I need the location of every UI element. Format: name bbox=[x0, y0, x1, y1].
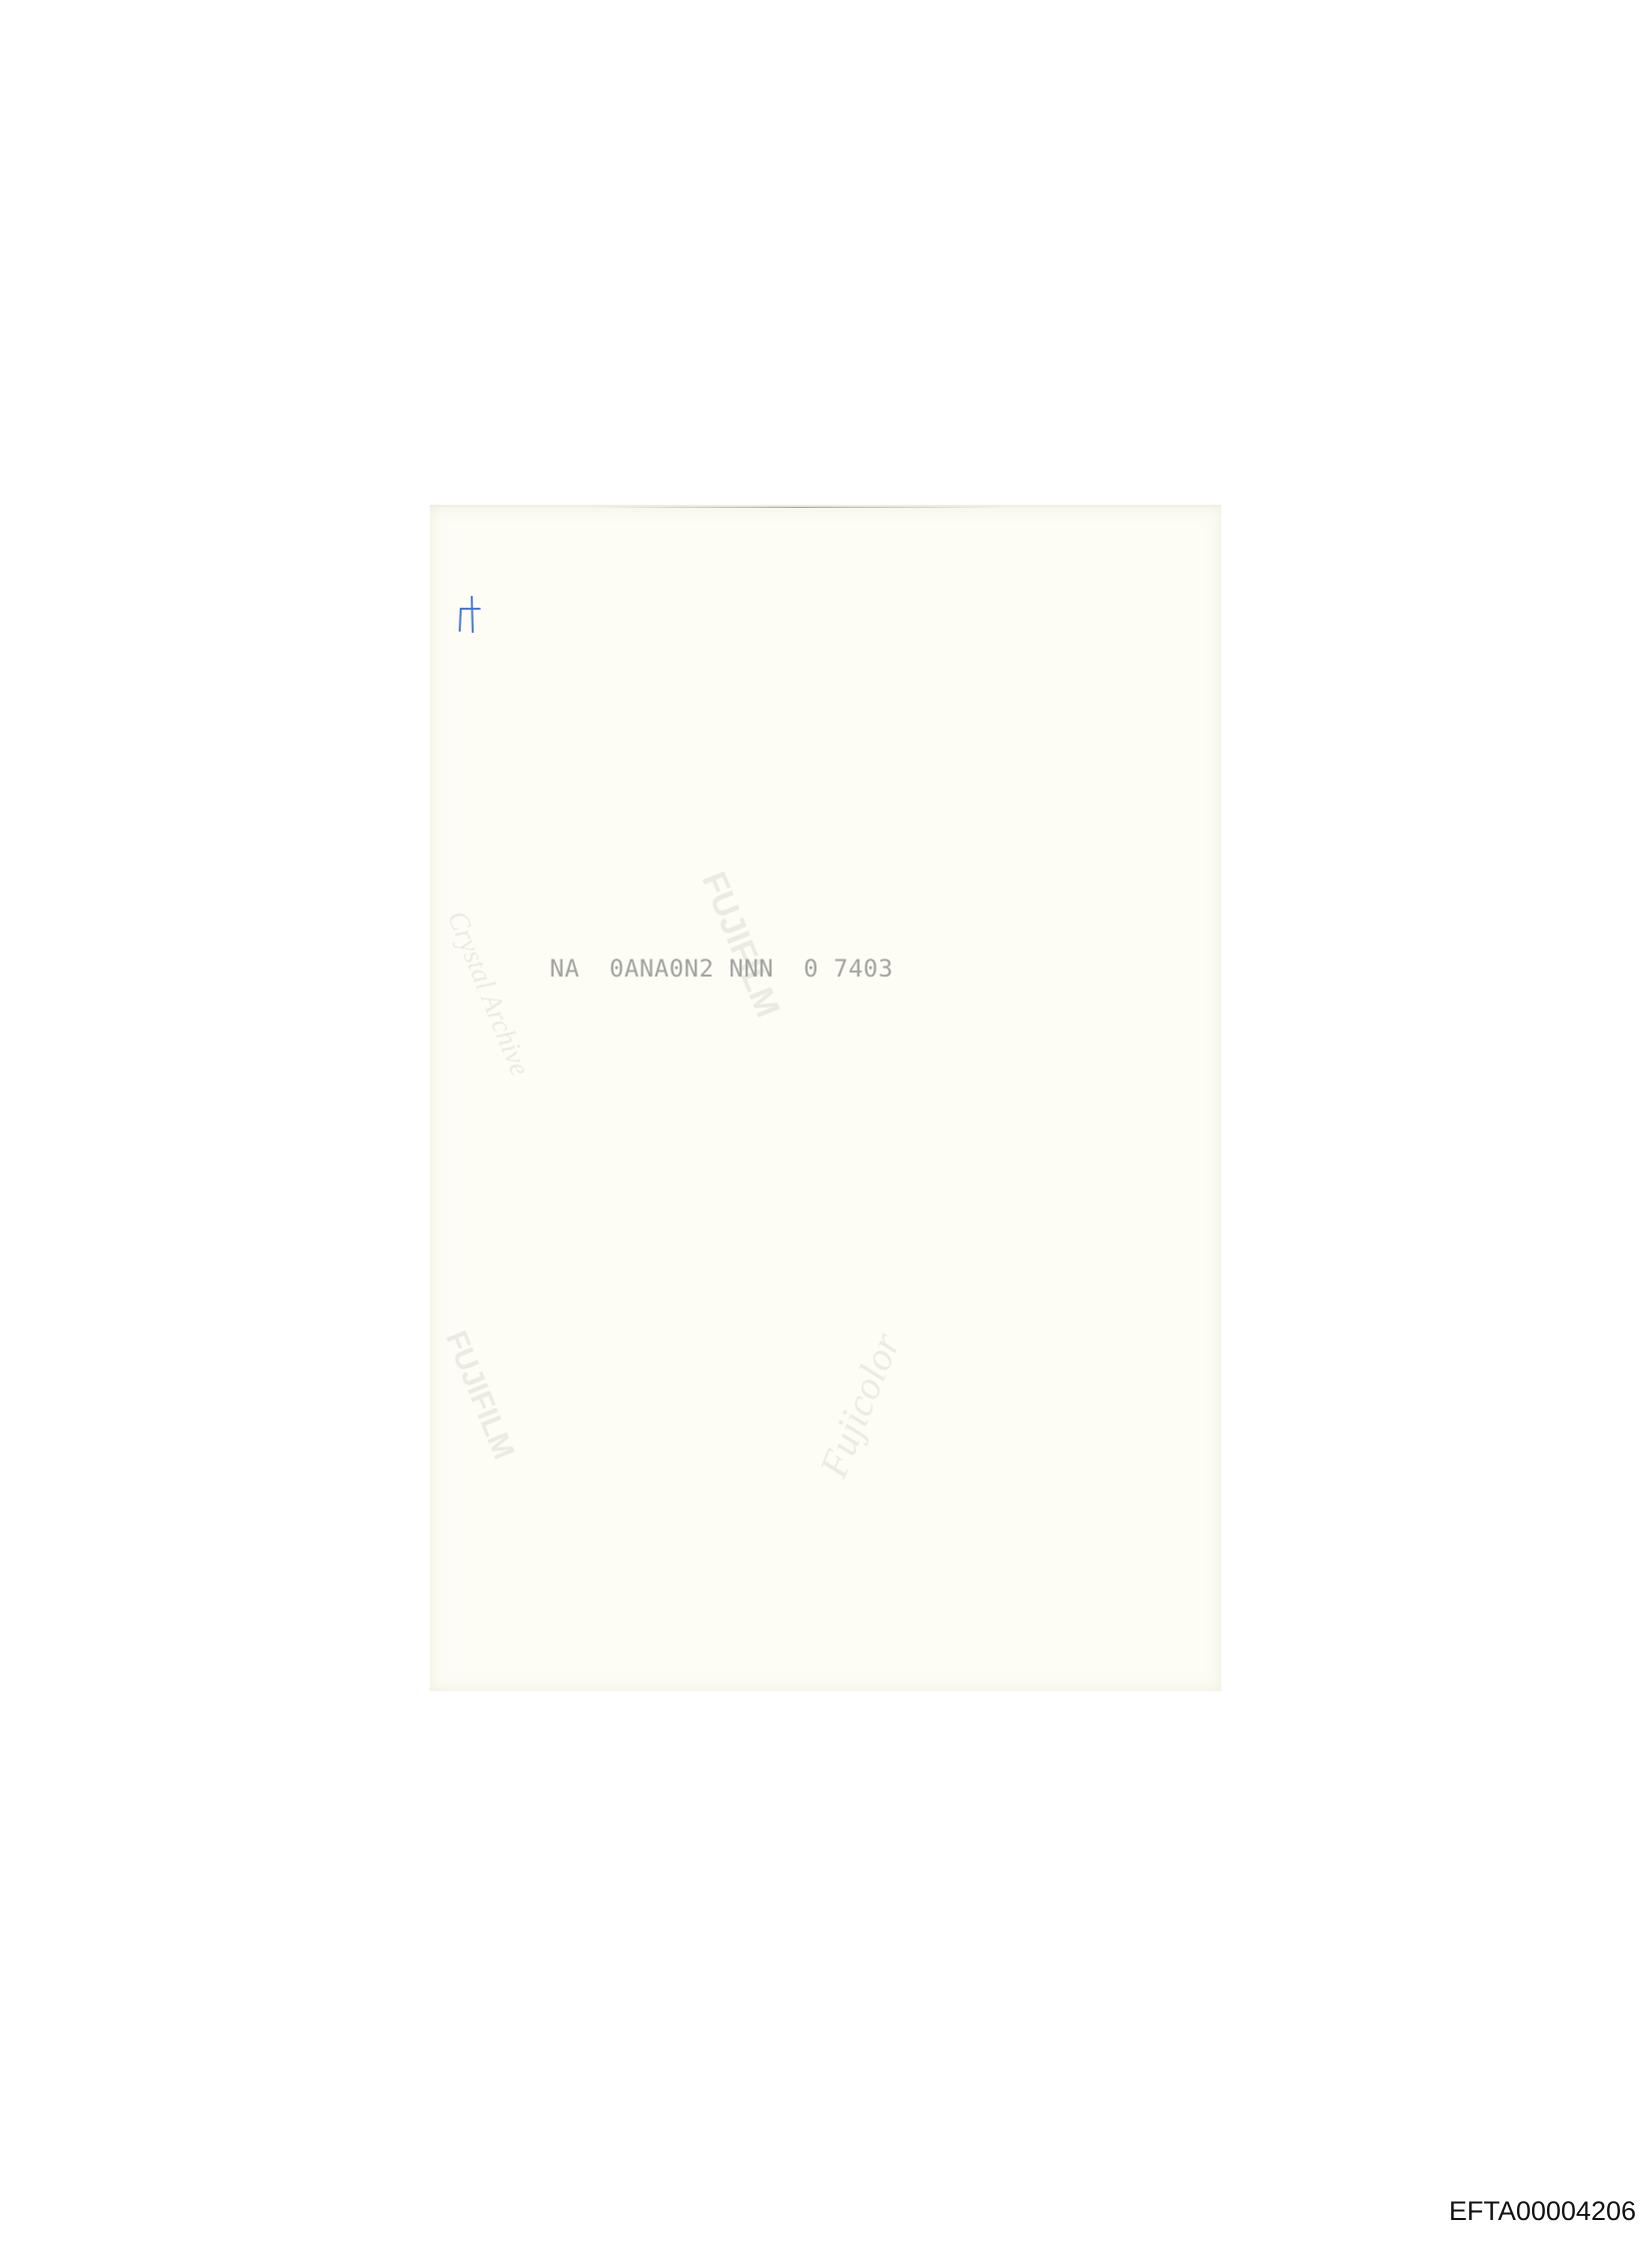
photo-back-print: FUJIFILM Crystal Archive FUJIFILM Fujico… bbox=[430, 505, 1221, 1691]
watermark-crystal-archive: Crystal Archive bbox=[440, 907, 535, 1081]
backprint-code: NA 0ANA0N2 NNN 0 7403 bbox=[550, 955, 893, 983]
watermark-fujicolor: Fujicolor bbox=[810, 1326, 909, 1484]
watermark-fujifilm-2: FUJIFILM bbox=[438, 1326, 520, 1464]
document-id: EFTA00004206 bbox=[1449, 2196, 1636, 2227]
watermark-fujifilm: FUJIFILM bbox=[694, 867, 787, 1023]
handwritten-mark-icon bbox=[458, 595, 484, 633]
